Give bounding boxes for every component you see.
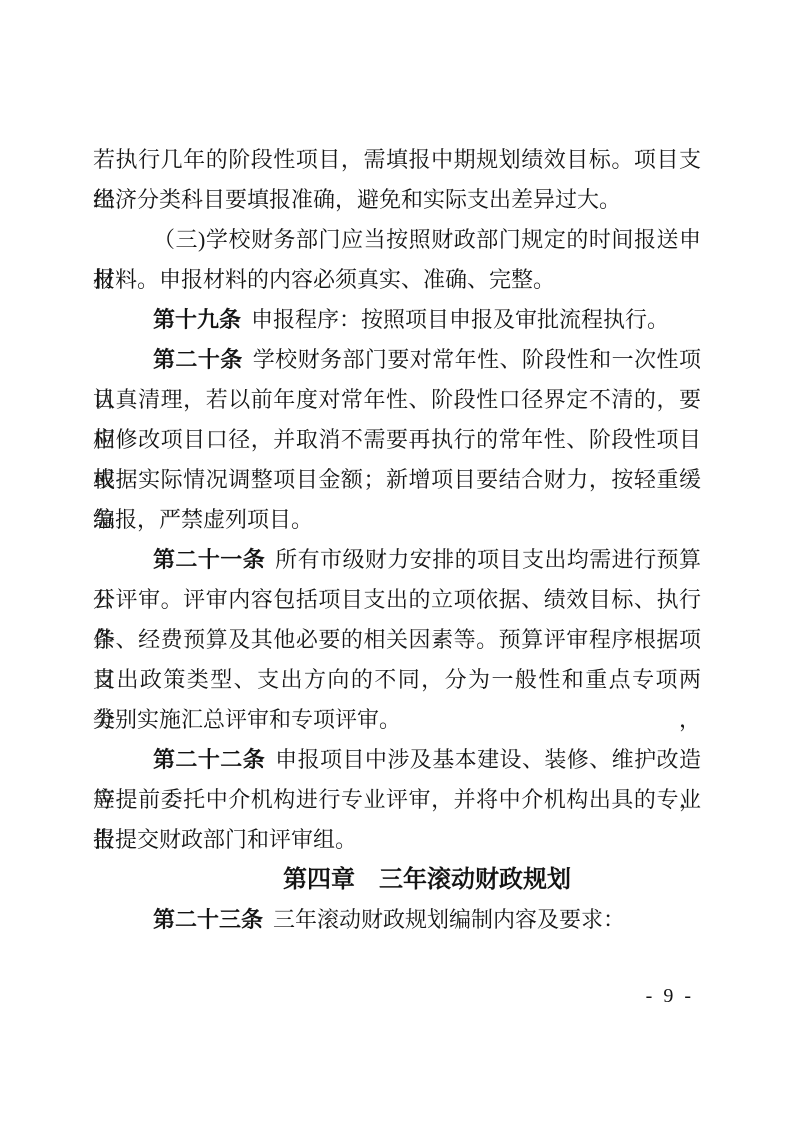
text-line: 应修改项目口径，并取消不需要再执行的常年性、阶段性项目或 bbox=[93, 420, 701, 460]
line-text: 申报程序：按照项目申报及审批流程执行。 bbox=[251, 307, 669, 332]
text-line: 根据实际情况调整项目金额；新增项目要结合财力，按轻重缓急 bbox=[93, 460, 701, 500]
text-line: 材料。申报材料的内容必须真实、准确、完整。 bbox=[93, 260, 701, 300]
article-number: 第十九条 bbox=[153, 307, 241, 332]
chapter-heading: 第四章 三年滚动财政规划 bbox=[93, 860, 701, 900]
page-number: - 9 - bbox=[646, 982, 694, 1010]
text-line: 告提交财政部门和评审组。 bbox=[93, 820, 701, 860]
line-text: 经济分类科目要填报准确，避免和实际支出差异过大。 bbox=[93, 187, 621, 212]
text-line: 开评审。评审内容包括项目支出的立项依据、绩效目标、执行条 bbox=[93, 580, 701, 620]
article-number: 第二十一条 bbox=[153, 547, 265, 572]
text-line: 支出政策类型、支出方向的不同，分为一般性和重点专项两类， bbox=[93, 660, 701, 700]
text-line: 编报，严禁虚列项目。 bbox=[93, 500, 701, 540]
line-text: 分别实施汇总评审和专项评审。 bbox=[93, 707, 401, 732]
text-line: 认真清理，若以前年度对常年性、阶段性口径界定不清的，要相 bbox=[93, 380, 701, 420]
line-text: 第四章 三年滚动财政规划 bbox=[283, 867, 571, 893]
line-text: 告提交财政部门和评审组。 bbox=[93, 827, 357, 852]
text-line: 应提前委托中介机构进行专业评审，并将中介机构出具的专业报 bbox=[93, 780, 701, 820]
article-number: 第二十二条 bbox=[153, 747, 265, 772]
article-number: 第二十三条 bbox=[153, 907, 263, 932]
text-line: 若执行几年的阶段性项目，需填报中期规划绩效目标。项目支出 bbox=[93, 140, 701, 180]
text-line: 第二十一条所有市级财力安排的项目支出均需进行预算公 bbox=[93, 540, 701, 580]
text-line: 件、经费预算及其他必要的相关因素等。预算评审程序根据项目 bbox=[93, 620, 701, 660]
text-line: 第二十二条申报项目中涉及基本建设、装修、维护改造等， bbox=[93, 740, 701, 780]
text-line: 第十九条申报程序：按照项目申报及审批流程执行。 bbox=[93, 300, 701, 340]
text-block: 若执行几年的阶段性项目，需填报中期规划绩效目标。项目支出经济分类科目要填报准确，… bbox=[93, 140, 701, 940]
text-line: 经济分类科目要填报准确，避免和实际支出差异过大。 bbox=[93, 180, 701, 220]
document-page: 若执行几年的阶段性项目，需填报中期规划绩效目标。项目支出经济分类科目要填报准确，… bbox=[0, 0, 794, 1123]
text-line: 第二十条学校财务部门要对常年性、阶段性和一次性项目 bbox=[93, 340, 701, 380]
line-text: 编报，严禁虚列项目。 bbox=[93, 507, 313, 532]
text-line: （三)学校财务部门应当按照财政部门规定的时间报送申报 bbox=[93, 220, 701, 260]
line-text: 材料。申报材料的内容必须真实、准确、完整。 bbox=[93, 267, 555, 292]
line-text: 三年滚动财政规划编制内容及要求： bbox=[273, 907, 625, 932]
text-line: 第二十三条三年滚动财政规划编制内容及要求： bbox=[93, 900, 701, 940]
article-number: 第二十条 bbox=[153, 347, 243, 372]
